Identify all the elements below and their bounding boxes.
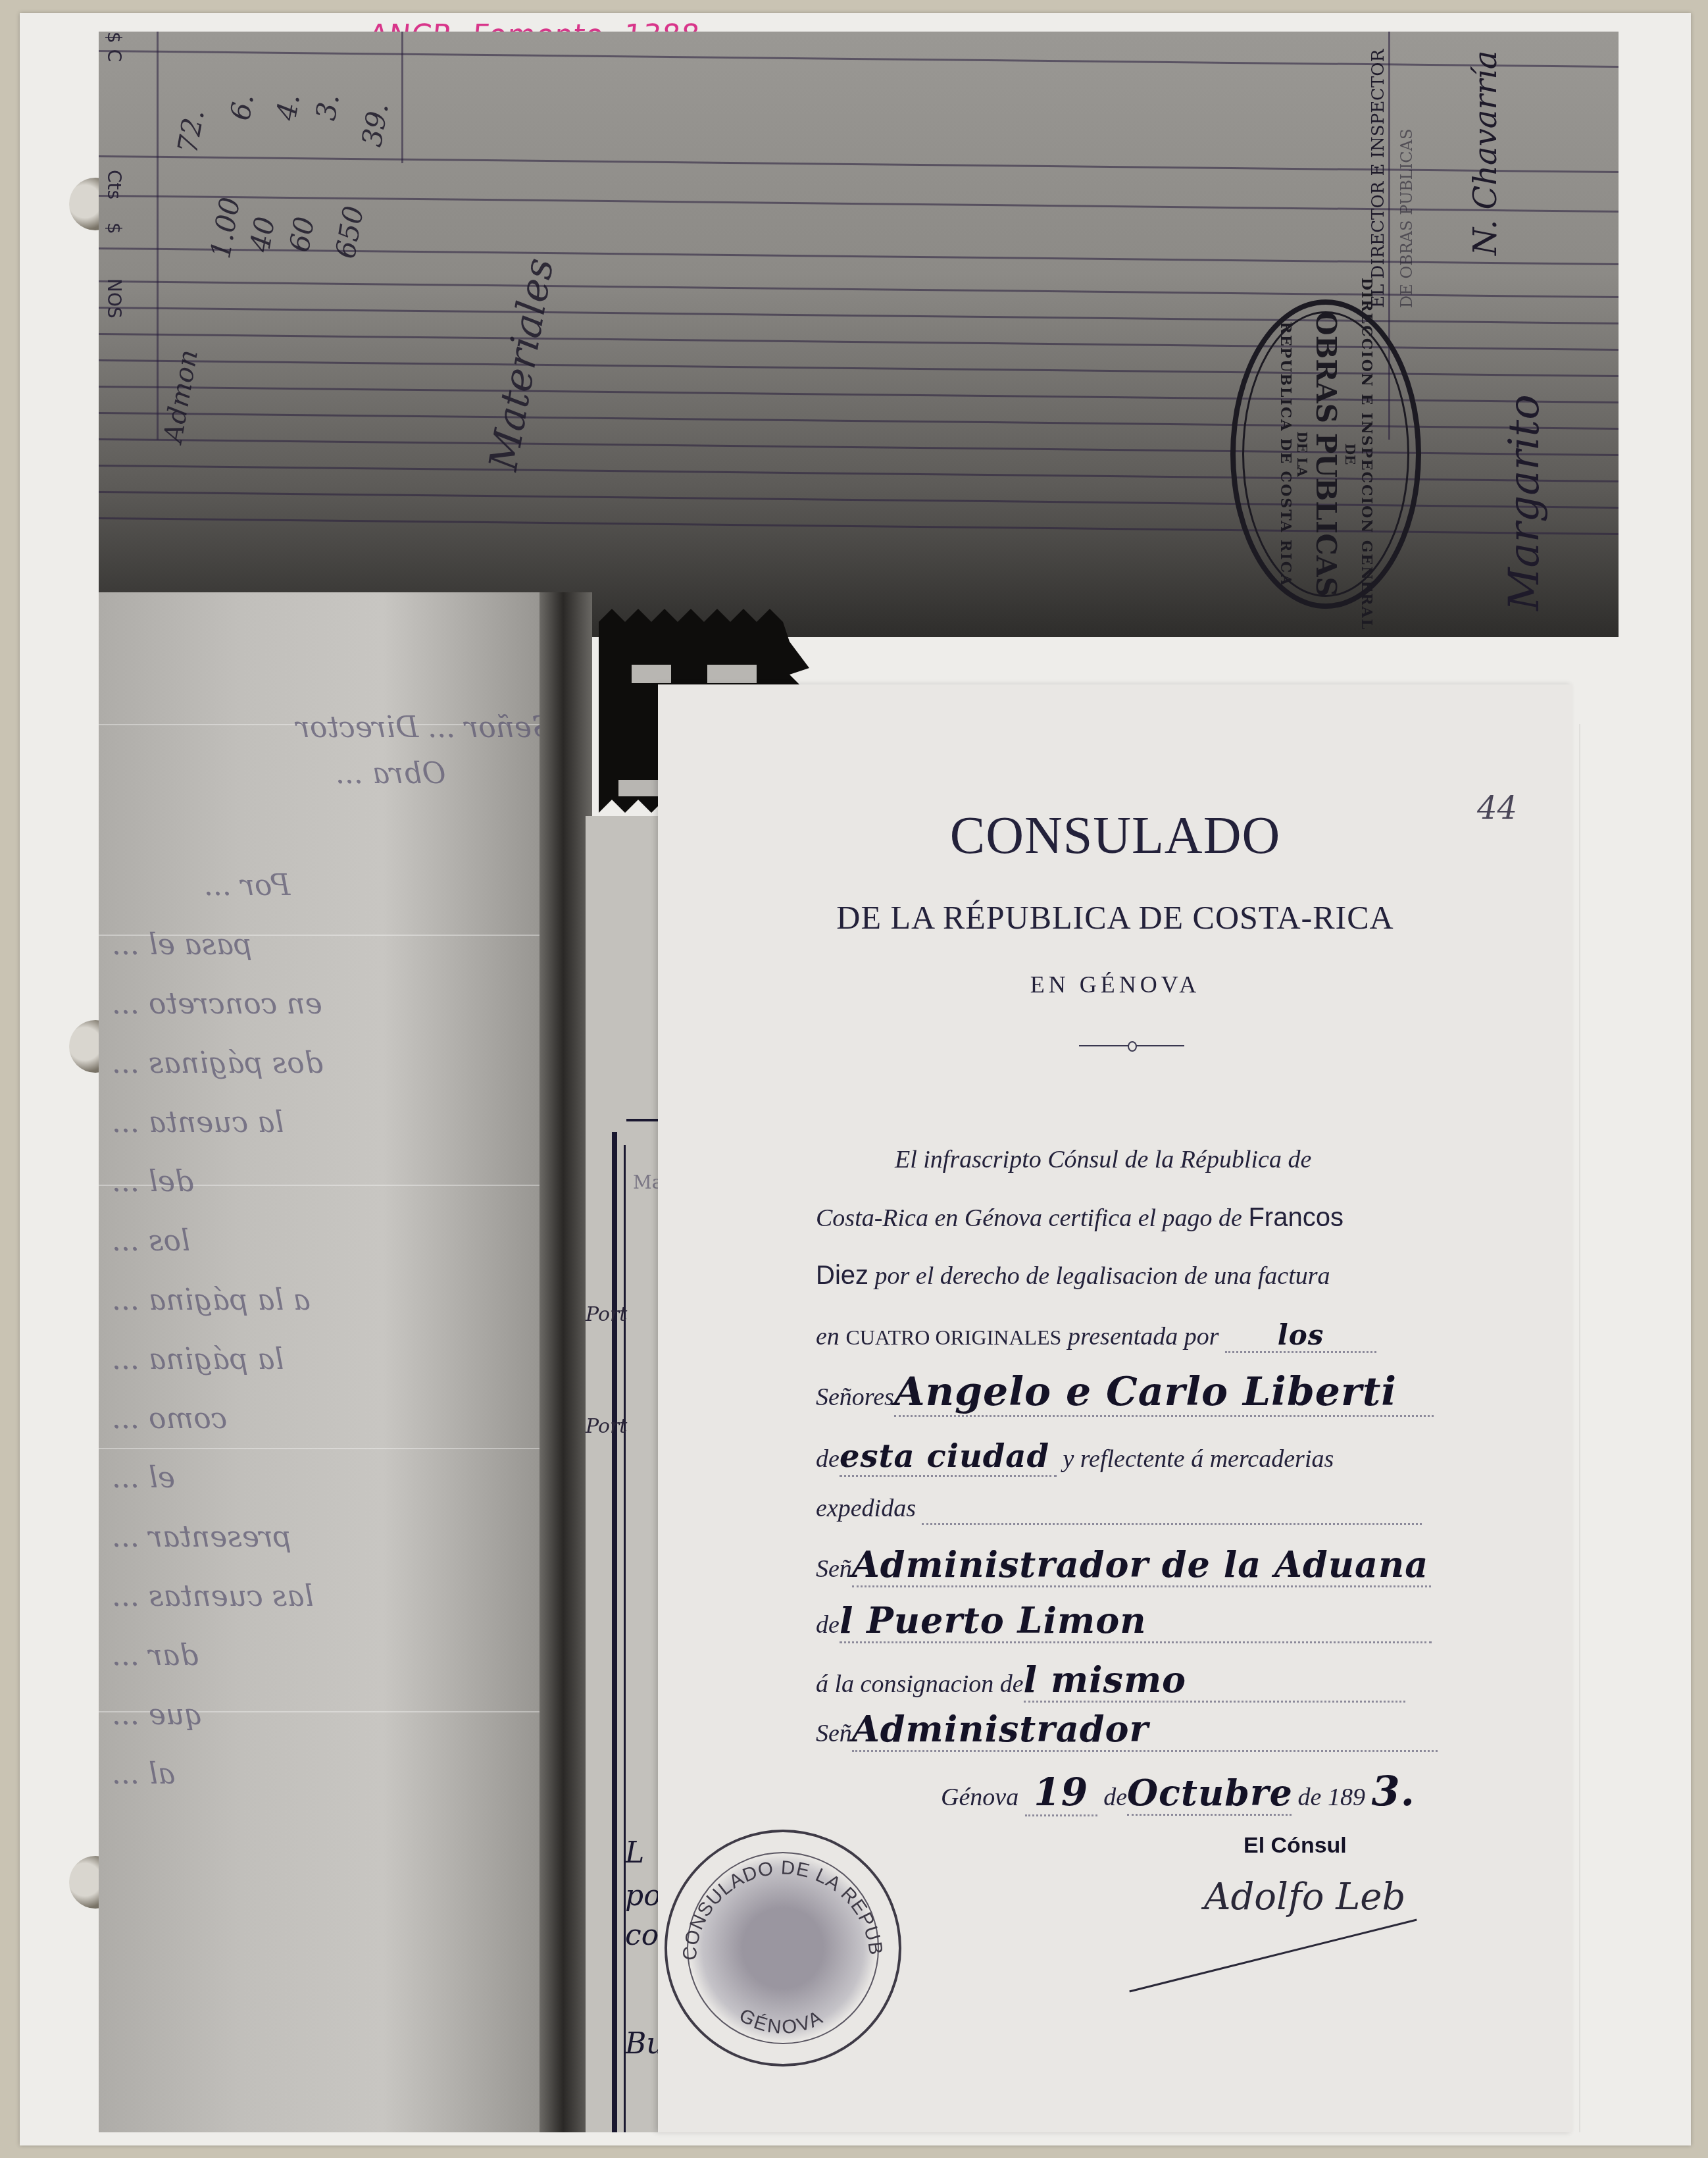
ledger-amount: 6. — [224, 91, 260, 123]
ledger-amount: 40 — [243, 214, 282, 254]
consul-signature: Adolfo Leb — [1204, 1876, 1405, 1918]
certificate-title: CONSULADO — [658, 806, 1572, 866]
director-signature: N. Chavarría — [1467, 51, 1504, 255]
ledger-amount: 3. — [309, 91, 345, 123]
ornament-divider-icon — [1079, 1045, 1184, 1046]
cert-date-line: Génova 19 deOctubre de 189 3. — [941, 1767, 1572, 1816]
page-number: 44 — [1477, 790, 1517, 827]
port-label: Port — [586, 1415, 627, 1438]
ledger-amount: 39. — [355, 100, 395, 149]
consulate-round-seal: CONSULADO DE LA REPUBLICA DE COSTA-RICA … — [665, 1830, 901, 2067]
ledger-col-label: $ C — [103, 32, 125, 62]
ledger-col-label: Cts — [103, 170, 125, 199]
fold-line — [1579, 724, 1580, 2132]
certificate-subtitle: DE LA RÉPUBLICA DE COSTA-RICA — [658, 898, 1572, 937]
consul-label: El Cónsul — [1243, 1833, 1347, 1859]
handwritten-letter: Señor ... Director Obra ... Por ... pasa… — [99, 592, 572, 2132]
cert-line-9: del Puerto Limon — [816, 1599, 1447, 1643]
invoice-fragment: co — [625, 1918, 659, 1952]
svg-text:GÉNOVA: GÉNOVA — [736, 2004, 828, 2038]
cert-line-8: SeñAdministrador de la Aduana — [816, 1543, 1447, 1587]
cert-line-1: El infrascripto Cónsul de la Républica d… — [895, 1145, 1526, 1174]
port-label: Port — [586, 1303, 627, 1326]
cert-line-4: en CUATRO ORIGINALES presentada por los — [816, 1319, 1447, 1353]
ledger-amount: 1.00 — [204, 195, 246, 261]
signature-flourish — [1129, 1919, 1417, 1993]
ledger-amount: 60 — [283, 214, 321, 254]
ledger-amount: 4. — [270, 91, 306, 123]
invoice-fragment: po — [625, 1879, 661, 1913]
cert-line-2: Costa-Rica en Génova certifica el pago d… — [816, 1203, 1447, 1233]
book-spine-shadow — [540, 592, 592, 2132]
ledger-col-label: $ — [103, 222, 125, 234]
svg-text:CONSULADO DE LA REPUBLICA DE C: CONSULADO DE LA REPUBLICA DE COSTA-RICA — [667, 1832, 887, 1961]
cert-line-3: Diez por el derecho de legalisacion de u… — [816, 1261, 1447, 1291]
cert-line-7: expedidas — [816, 1494, 1447, 1525]
cert-line-11: SeñAdministrador — [816, 1708, 1447, 1752]
ledger-col-label: NOS — [103, 278, 125, 319]
director-stamp-text: EL DIRECTOR E INSPECTOR DE OBRAS PUBLICA… — [1369, 64, 1428, 315]
cert-line-6: deesta ciudad y reflectente á mercaderia… — [816, 1438, 1447, 1477]
ledger-amount: 650 — [329, 203, 370, 261]
cert-line-10: á la consignacion del mismo — [816, 1658, 1447, 1703]
cert-line-5: SeñoresAngelo e Carlo Liberti — [816, 1369, 1447, 1417]
ledger-handwriting: Admon — [158, 347, 204, 445]
ledger-amount: 72. — [171, 107, 211, 155]
right-signature: Margarito — [1500, 394, 1549, 611]
invoice-fragment: L — [625, 1836, 644, 1870]
certificate-city: EN GÉNOVA — [658, 971, 1572, 998]
obras-publicas-oval-stamp: DIRECCION E INSPECCION GENERAL DE OBRAS … — [1230, 299, 1421, 609]
